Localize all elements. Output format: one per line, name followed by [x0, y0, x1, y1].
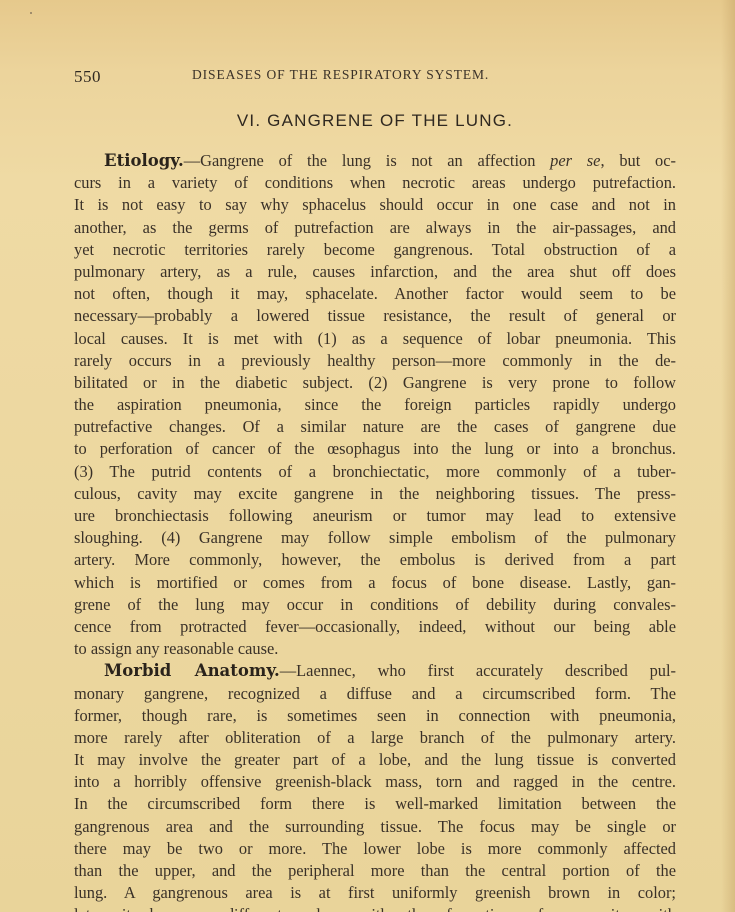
text-line: grene of the lung may occur in condition…: [74, 594, 676, 616]
text-line: cence from protracted fever—occasionally…: [74, 616, 676, 638]
italic-term: per se: [550, 151, 600, 170]
text-line: necessary—probably a lowered tissue resi…: [74, 305, 676, 327]
text-line: former, though rare, is sometimes seen i…: [74, 705, 676, 727]
text-line: more rarely after obliteration of a larg…: [74, 727, 676, 749]
text-line: yet necrotic territories rarely become g…: [74, 239, 676, 261]
running-title: DISEASES OF THE RESPIRATORY SYSTEM.: [192, 67, 489, 83]
text-line: not often, though it may, sphacelate. An…: [74, 283, 676, 305]
section-heading-etiology: Etiology.: [104, 151, 184, 170]
text-fragment: —Gangrene of the lung is not an affectio…: [184, 151, 550, 170]
text-line: In the circumscribed form there is well-…: [74, 793, 676, 815]
chapter-title: VI. GANGRENE OF THE LUNG.: [0, 111, 735, 131]
etiology-first-line: Etiology.—Gangrene of the lung is not an…: [74, 150, 676, 172]
text-line: local causes. It is met with (1) as a se…: [74, 328, 676, 350]
text-line: sloughing. (4) Gangrene may follow simpl…: [74, 527, 676, 549]
text-fragment: , but oc-: [600, 151, 676, 170]
text-line: the aspiration pneumonia, since the fore…: [74, 394, 676, 416]
scan-speck: [30, 12, 32, 14]
text-line: to assign any reasonable cause.: [74, 638, 676, 660]
text-line: monary gangrene, recognized a diffuse an…: [74, 683, 676, 705]
text-line-cut-off: later it becomes different colors with t…: [74, 904, 676, 912]
text-line: to perforation of cancer of the œsophagu…: [74, 438, 676, 460]
text-line: It may involve the greater part of a lob…: [74, 749, 676, 771]
section-heading-morbid-anatomy: Morbid Anatomy.: [104, 661, 280, 680]
text-line: (3) The putrid contents of a bronchiecta…: [74, 461, 676, 483]
text-line: into a horribly offensive greenish-black…: [74, 771, 676, 793]
text-line: another, as the germs of putrefaction ar…: [74, 217, 676, 239]
page-edge-shadow: [721, 0, 735, 912]
text-line: pulmonary artery, as a rule, causes infa…: [74, 261, 676, 283]
running-head: 550 DISEASES OF THE RESPIRATORY SYSTEM.: [74, 64, 674, 88]
text-line: gangrenous area and the surrounding tiss…: [74, 816, 676, 838]
text-line: ure bronchiectasis following aneurism or…: [74, 505, 676, 527]
text-line: curs in a variety of conditions when nec…: [74, 172, 676, 194]
text-fragment: —Laennec, who first accurately described…: [280, 661, 676, 680]
text-line: putrefactive changes. Of a similar natur…: [74, 416, 676, 438]
text-line: which is mortified or comes from a focus…: [74, 572, 676, 594]
text-line: than the upper, and the peripheral more …: [74, 860, 676, 882]
text-line: culous, cavity may excite gangrene in th…: [74, 483, 676, 505]
morbid-anatomy-first-line: Morbid Anatomy.—Laennec, who first accur…: [74, 660, 676, 682]
body-text: Etiology.—Gangrene of the lung is not an…: [74, 150, 676, 912]
text-line: artery. More commonly, however, the embo…: [74, 549, 676, 571]
text-line: lung. A gangrenous area is at first unif…: [74, 882, 676, 904]
text-line: there may be two or more. The lower lobe…: [74, 838, 676, 860]
text-line: rarely occurs in a previously healthy pe…: [74, 350, 676, 372]
text-line: It is not easy to say why sphacelus shou…: [74, 194, 676, 216]
text-line: bilitated or in the diabetic subject. (2…: [74, 372, 676, 394]
page-number: 550: [74, 67, 101, 87]
